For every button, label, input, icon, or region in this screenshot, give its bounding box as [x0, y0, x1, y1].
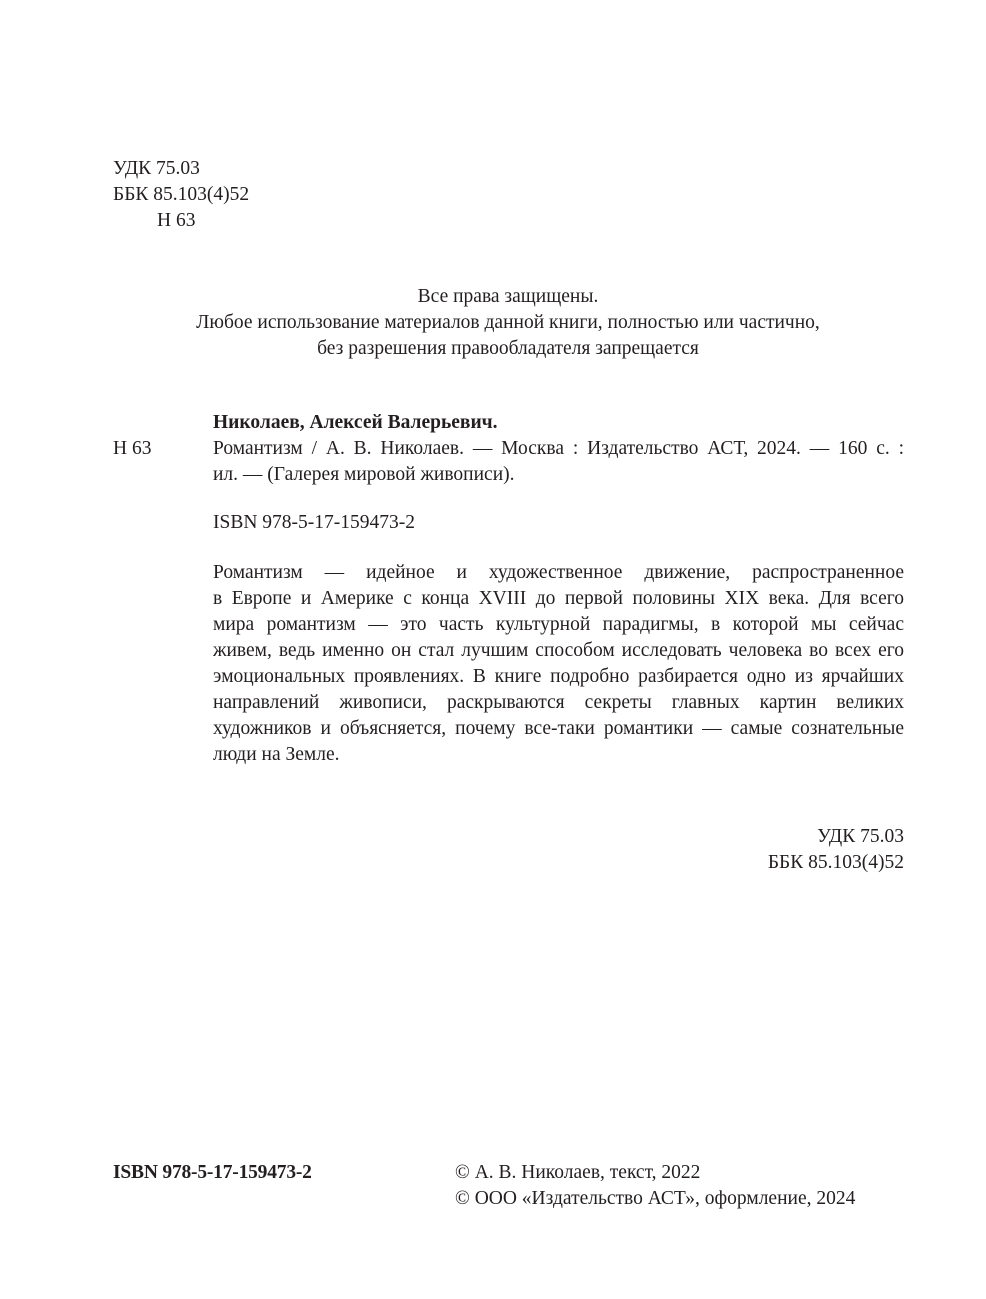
description-line-1: Романтизм / А. В. Николаев. — Москва : И…	[213, 436, 904, 462]
annotation-line: направлений живописи, раскрываются секре…	[213, 690, 904, 716]
classification-right: УДК 75.03 ББК 85.103(4)52	[768, 824, 904, 876]
annotation-line: Романтизм — идейное и художественное дви…	[213, 560, 904, 586]
record-isbn: ISBN 978-5-17-159473-2	[213, 510, 415, 536]
copyright-text: © А. В. Николаев, текст, 2022	[455, 1160, 855, 1186]
classification-block: УДК 75.03 ББК 85.103(4)52 Н 63	[113, 156, 249, 234]
annotation: Романтизм — идейное и художественное дви…	[213, 560, 904, 768]
udk-code-right: УДК 75.03	[768, 824, 904, 850]
annotation-line: в Европе и Америке с конца XVIII до перв…	[213, 586, 904, 612]
copyright-design: © ООО «Издательство АСТ», оформление, 20…	[455, 1186, 855, 1212]
bibliographic-description: Романтизм / А. В. Николаев. — Москва : И…	[213, 436, 904, 488]
record-author-mark: Н 63	[113, 436, 151, 462]
annotation-line: живем, ведь именно он стал лучшим способ…	[213, 638, 904, 664]
rights-notice: Все права защищены. Любое использование …	[110, 284, 906, 362]
description-line-2: ил. — (Галерея мировой живописи).	[213, 462, 904, 488]
udk-code: УДК 75.03	[113, 156, 249, 182]
bbk-code: ББК 85.103(4)52	[113, 182, 249, 208]
annotation-line: мира романтизм — это часть культурной па…	[213, 612, 904, 638]
author-mark: Н 63	[113, 208, 249, 234]
rights-line-3: без разрешения правообладателя запрещает…	[110, 336, 906, 362]
copyright-block: © А. В. Николаев, текст, 2022 © ООО «Изд…	[455, 1160, 855, 1212]
bbk-code-right: ББК 85.103(4)52	[768, 850, 904, 876]
annotation-line: эмоциональных проявлениях. В книге подро…	[213, 664, 904, 690]
footer-isbn: ISBN 978-5-17-159473-2	[113, 1160, 312, 1186]
rights-line-1: Все права защищены.	[110, 284, 906, 310]
author-heading: Николаев, Алексей Валерьевич.	[213, 410, 498, 436]
annotation-line: люди на Земле.	[213, 742, 904, 768]
annotation-line: художников и объясняется, почему все-так…	[213, 716, 904, 742]
rights-line-2: Любое использование материалов данной кн…	[110, 310, 906, 336]
